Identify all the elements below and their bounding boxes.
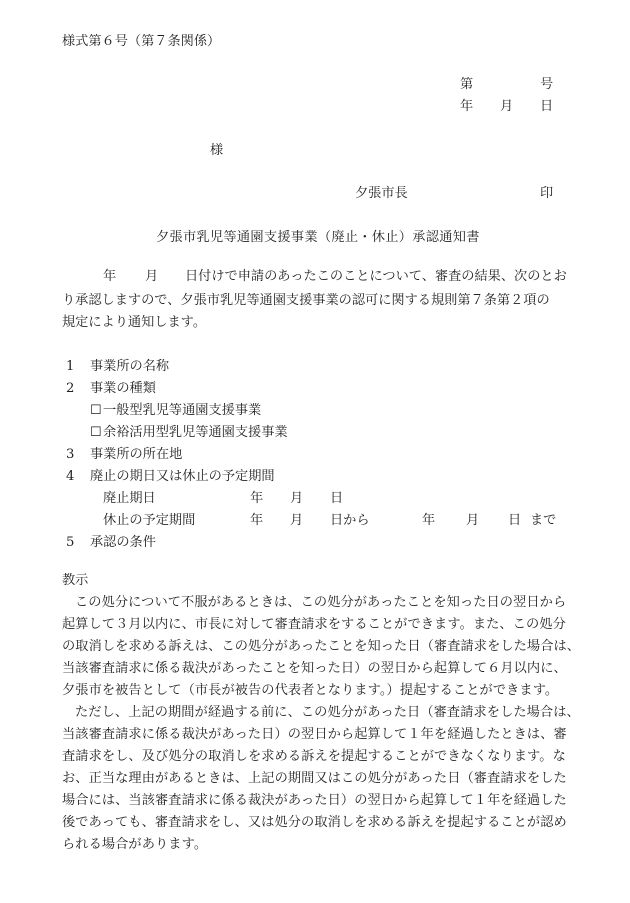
document-title: 夕張市乳児等通園支援事業（廃止・休止）承認通知書 [156,227,480,249]
notice-paragraph-1: この処分について不服があるときは、この処分があったことを知った日の翌日から 起算… [62,592,562,702]
abolition-day: 日 [330,488,343,510]
notice-line: 査請求をし、及び処分の取消しを求める訴えを提起することができなくなります。な [62,746,562,768]
form-label: 様式第６号（第７条関係） [62,31,220,53]
notice-line: この処分について不服があるときは、この処分があったことを知った日の翌日から [62,592,562,614]
notice-line: 後であっても、審査請求をし、又は処分の取消しを求める訴えを提起することが認め [62,812,562,834]
suspension-until: まで [530,510,556,532]
suspension-month: 月 [290,510,303,532]
item-number: 5 [66,532,74,554]
date-year: 年 [460,96,473,118]
seal-mark: 印 [540,183,553,205]
notice-line: 場合には、当該審査請求に係る裁決があった日）の翌日から起算して１年を経過した [62,790,562,812]
notice-line: られる場合があります。 [62,834,562,856]
intro-line-2: り承認しますので、夕張市乳児等通園支援事業の認可に関する規則第７条第２項の [62,290,550,312]
notice-line: ただし、上記の期間が経過する前に、この処分があった日（審査請求をした場合は、 [62,702,562,724]
item-label: 承認の条件 [90,532,156,554]
business-type-label: 余裕活用型乳児等通園支援事業 [103,422,288,444]
date-day: 日 [540,96,553,118]
suspension-day-from: 日から [330,510,370,532]
abolition-month: 月 [290,488,303,510]
issuer-name: 夕張市長 [355,183,408,205]
abolition-year: 年 [250,488,263,510]
business-type-label: 一般型乳児等通園支援事業 [103,400,261,422]
notice-line: 夕張市を被告として（市長が被告の代表者となります。）提起することができます。 [62,680,562,702]
notice-line: 当該審査請求に係る裁決があったことを知った日）の翌日から起算して６月以内に、 [62,658,562,680]
item-label: 廃止の期日又は休止の予定期間 [90,466,275,488]
item-number: 1 [66,356,74,378]
number-suffix: 号 [540,74,553,96]
item-label: 事業所の所在地 [90,444,182,466]
intro-year: 年 [103,266,116,288]
notice-line: 当該審査請求に係る裁決があった日）の翌日から起算して１年を経過したときは、審 [62,724,562,746]
notice-line: の取消しを求める訴えは、この処分があったことを知った日（審査請求をした場合は、 [62,636,562,658]
date-month: 月 [500,96,513,118]
intro-month: 月 [145,266,158,288]
checkbox-icon: ☐ [90,422,102,444]
number-prefix: 第 [460,74,473,96]
notice-line: 起算して３月以内に、市長に対して審査請求をすることができます。また、この処分 [62,614,562,636]
intro-line-3: 規定により通知します。 [62,312,206,334]
checkbox-icon: ☐ [90,400,102,422]
suspension-year-2: 年 [422,510,435,532]
item-number: 4 [66,466,74,488]
notice-paragraph-2: ただし、上記の期間が経過する前に、この処分があった日（審査請求をした場合は、 当… [62,702,562,856]
suspension-year: 年 [250,510,263,532]
item-number: 2 [66,378,74,400]
suspension-day-2: 日 [508,510,521,532]
intro-line-1: 日付けで申請のあったこのことについて、審査の結果、次のとお [185,266,567,288]
suspension-month-2: 月 [466,510,479,532]
notice-line: お、正当な理由があるときは、上記の期間又はこの処分があった日（審査請求をした [62,768,562,790]
notice-heading: 教示 [62,570,88,592]
addressee-suffix: 様 [210,140,223,162]
item-label: 事業の種類 [90,378,156,400]
item-label: 事業所の名称 [90,356,169,378]
suspension-label: 休止の予定期間 [103,510,195,532]
item-number: 3 [66,444,74,466]
abolition-label: 廃止期日 [103,488,156,510]
